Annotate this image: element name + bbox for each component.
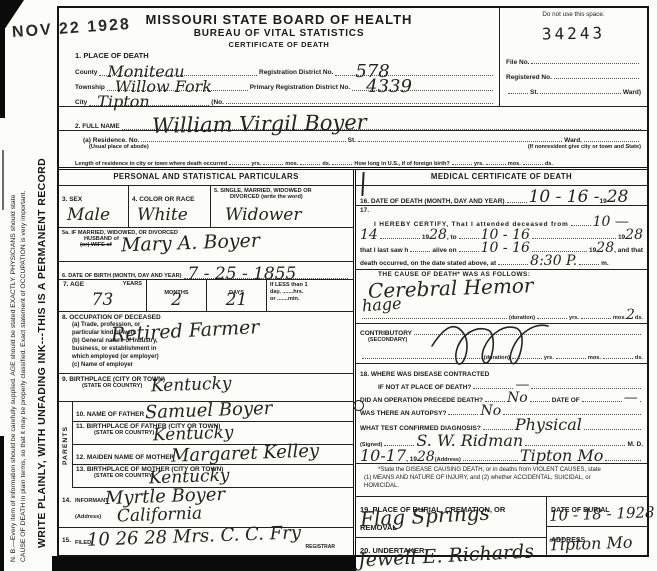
signed-address-value: Tipton Mo bbox=[520, 450, 604, 463]
house-no-label: (No. bbox=[211, 99, 224, 106]
personal-column-header: PERSONAL AND STATISTICAL PARTICULARS bbox=[59, 170, 353, 186]
file-no-field bbox=[531, 61, 639, 64]
informant-row: 14. INFORMANT Myrtle Boyer (Address) Cal… bbox=[59, 488, 353, 528]
less-label-1: If LESS than 1 bbox=[270, 282, 350, 289]
county-label: County bbox=[75, 69, 97, 76]
sex-cell: 3. SEX Male bbox=[59, 186, 129, 227]
occupation-c-label: (c) Name of employer bbox=[62, 361, 350, 369]
form-top-section: MISSOURI STATE BOARD OF HEALTH BUREAU OF… bbox=[59, 8, 647, 107]
less-label-2: day, .......hrs. bbox=[270, 289, 350, 296]
parents-side-label-cell: PARENTS bbox=[59, 402, 73, 488]
occupation-row: 8. OCCUPATION OF DECEASED (a) Trade, pro… bbox=[59, 312, 353, 374]
city-row: City Tipton (No. bbox=[75, 91, 495, 106]
attended-from-year: 28 bbox=[429, 230, 447, 241]
footnote-line-1: *State the DISEASE CAUSING DEATH, or in … bbox=[364, 466, 639, 474]
ward-field bbox=[540, 91, 621, 94]
if-not-label: IF NOT AT PLACE OF DEATH? bbox=[360, 384, 471, 391]
county-row: County Moniteau Registration District No… bbox=[75, 61, 495, 76]
disease-contracted-row: 18. WHERE WAS DISEASE CONTRACTED IF NOT … bbox=[356, 364, 647, 464]
scan-artifact-bottom-bar bbox=[52, 556, 356, 571]
howlong-ds-field bbox=[523, 162, 543, 165]
certify-line-3: that I last saw h alive on 10 - 16 19 28… bbox=[360, 241, 643, 254]
cause-dur-gap-2 bbox=[581, 316, 611, 319]
medical-column-header: MEDICAL CERTIFICATE OF DEATH bbox=[356, 170, 647, 186]
full-name-value: William Virgil Boyer bbox=[152, 114, 367, 135]
to-label: , to bbox=[447, 234, 457, 241]
stray-circle-mark bbox=[353, 400, 364, 411]
board-title: MISSOURI STATE BOARD OF HEALTH bbox=[59, 12, 499, 27]
certify-gap-2 bbox=[380, 236, 420, 239]
place-of-death-section: 1. PLACE OF DEATH County Moniteau Regist… bbox=[59, 51, 499, 106]
file-no-row: File No. bbox=[506, 51, 641, 66]
age-less-cell: If LESS than 1 day, .......hrs. or .....… bbox=[267, 280, 353, 311]
age-months-value: 2 bbox=[147, 294, 206, 308]
howlong-mos-field bbox=[486, 162, 506, 165]
signed-date-line: 10-17 , 19 28 (Address) Tipton Mo bbox=[360, 448, 643, 463]
cause-footnote: *State the DISEASE CAUSING DEATH, or in … bbox=[356, 464, 647, 496]
length-mos-field bbox=[263, 162, 283, 165]
birthplace-row: 9. BIRTHPLACE (CITY OR TOWN) (STATE OR C… bbox=[59, 374, 353, 402]
operation-gap bbox=[485, 399, 505, 402]
full-name-label: 2. FULL NAME bbox=[75, 123, 120, 130]
ward-label: Ward) bbox=[623, 89, 641, 96]
contributory-row: CONTRIBUTORY (SECONDARY) (duration) yrs.… bbox=[356, 324, 647, 364]
residence-label: (a) Residence. No. bbox=[83, 137, 139, 144]
parents-side-label: PARENTS bbox=[62, 426, 69, 465]
dod-year-value: 28 bbox=[607, 191, 629, 205]
year-printed-1: 19 bbox=[422, 234, 429, 241]
dob-label: 6. DATE OF BIRTH (MONTH, DAY AND YEAR) bbox=[62, 273, 182, 279]
time-gap bbox=[498, 262, 528, 265]
footnote-line-3: HOMICIDAL. bbox=[364, 482, 639, 490]
mother-name-row: 12. MAIDEN NAME OF MOTHER Margaret Kelle… bbox=[73, 445, 353, 465]
margin-note-nb: N. B.—Every item of information should b… bbox=[9, 191, 28, 562]
certificate-form: MISSOURI STATE BOARD OF HEALTH BUREAU OF… bbox=[57, 6, 649, 557]
age-years-cell: 7. AGE YEARS 73 bbox=[59, 280, 147, 311]
contrib-mos-label: mos. bbox=[588, 355, 601, 361]
and-that-label: , and that bbox=[614, 247, 643, 254]
cause-ds-label: ds. bbox=[635, 315, 643, 321]
st-label: St. bbox=[530, 89, 538, 96]
scan-artifact-left-edge-mid bbox=[2, 150, 4, 210]
sex-race-marital-row: 3. SEX Male 4. COLOR OR RACE White 5. SI… bbox=[59, 186, 353, 228]
contributory-duration-line: (duration) yrs. mos. ds. bbox=[360, 355, 643, 361]
primary-registration-value: 4339 bbox=[366, 80, 412, 94]
full-name-field: William Virgil Boyer bbox=[122, 113, 641, 130]
undertaker-address-value: Tipton Mo bbox=[549, 536, 633, 552]
burial-place-value: Flag Springs bbox=[360, 505, 490, 528]
attended-from-value-2: 14 bbox=[360, 230, 378, 241]
dob-field: 7 - 25 - 1855 bbox=[184, 264, 348, 279]
contrib-dur-gap-1 bbox=[512, 356, 542, 359]
date-of-death-label: 16. DATE OF DEATH (MONTH, DAY AND YEAR) bbox=[360, 198, 505, 205]
last-saw-value: 10 - 16 bbox=[481, 243, 530, 254]
age-months-cell: MONTHS 2 bbox=[147, 280, 207, 311]
test-line: WHAT TEST CONFIRMED DIAGNOSIS? Physical bbox=[360, 417, 643, 432]
last-saw-gap-2 bbox=[459, 249, 479, 252]
city-field: Tipton bbox=[89, 93, 209, 106]
burial-place-cell: 19. PLACE OF BURIAL, CREMATION, OR REMOV… bbox=[356, 497, 546, 538]
signed-address-gap-2 bbox=[605, 458, 641, 461]
marital-value: Widower bbox=[225, 209, 301, 223]
filed-row: 15. FILED 10 26 28 Mrs. C. C. Fry REGIST… bbox=[59, 528, 353, 555]
undertaker-value: Jewell E. Richards bbox=[358, 544, 535, 568]
place-of-death-heading: 1. PLACE OF DEATH bbox=[75, 51, 495, 60]
attended-to-year: 28 bbox=[625, 230, 643, 241]
alive-on-label: alive on bbox=[432, 247, 456, 254]
mother-name-value: Margaret Kelley bbox=[171, 444, 320, 464]
signed-year-printed: , 19 bbox=[406, 456, 417, 463]
contrib-dur-gap-2 bbox=[556, 356, 586, 359]
father-birthplace-value: Kentucky bbox=[153, 427, 234, 443]
primary-registration-field: 4339 bbox=[352, 78, 493, 91]
certify-gap-1 bbox=[571, 223, 591, 226]
if-not-gap-2 bbox=[531, 386, 641, 389]
if-not-line: IF NOT AT PLACE OF DEATH? — bbox=[360, 378, 643, 391]
time-gap-2 bbox=[579, 262, 599, 265]
certify-gap-3 bbox=[459, 236, 479, 239]
registered-no-label: Registered No. bbox=[506, 74, 552, 81]
columns: PERSONAL AND STATISTICAL PARTICULARS 3. … bbox=[59, 167, 647, 555]
nonresident-note: (If nonresident give city or town and St… bbox=[528, 144, 641, 154]
occupation-b-label-3: which employed (or employer) bbox=[62, 353, 350, 361]
marital-label-2: DIVORCED (write the word) bbox=[214, 194, 350, 200]
abode-row: (Usual place of abode) (If nonresident g… bbox=[59, 144, 647, 154]
age-row: 7. AGE YEARS 73 MONTHS 2 DAYS 21 If LESS… bbox=[59, 280, 353, 312]
registration-district-label: Registration District No. bbox=[259, 69, 333, 76]
last-saw-label: that I last saw h bbox=[360, 247, 408, 254]
operation-label: DID AN OPERATION PRECEDE DEATH? bbox=[360, 397, 483, 404]
st-ward-row: St. Ward) bbox=[506, 81, 641, 96]
certify-gap-4 bbox=[532, 236, 616, 239]
death-certificate-scan: NOV 22 1928 WRITE PLAINLY, WITH UNFADING… bbox=[0, 0, 657, 571]
signed-address-gap bbox=[463, 458, 518, 461]
test-gap-2 bbox=[584, 427, 641, 430]
date-of-death-value: 10 - 16 - bbox=[529, 191, 600, 205]
registered-no-field bbox=[554, 76, 639, 79]
dod-gap bbox=[507, 200, 527, 203]
less-label-3: or .......min. bbox=[270, 296, 350, 303]
father-name-row: 10. NAME OF FATHER Samuel Boyer bbox=[73, 402, 353, 422]
residence-st-label: St. bbox=[348, 137, 356, 144]
dob-row: 6. DATE OF BIRTH (MONTH, DAY AND YEAR) 7… bbox=[59, 262, 353, 280]
marital-cell: 5. SINGLE, MARRIED, WIDOWED OR DIVORCED … bbox=[211, 186, 353, 227]
length-ds-field bbox=[300, 162, 320, 165]
burial-date-value: 10 - 18 - 1928 bbox=[549, 506, 655, 522]
filed-value: 10 26 28 Mrs. C. C. Fry bbox=[87, 526, 301, 548]
certify-label: I HEREBY CERTIFY, That I attended deceas… bbox=[360, 221, 569, 228]
test-value: Physical bbox=[515, 419, 582, 432]
howlong-yrs-field bbox=[452, 162, 472, 165]
scan-artifact-left-edge-bottom bbox=[0, 436, 4, 571]
do-not-use-label: Do not use this space. bbox=[506, 11, 641, 18]
undertaker-address-cell: ADDRESS Tipton Mo bbox=[547, 527, 647, 556]
medical-column: MEDICAL CERTIFICATE OF DEATH 16. DATE OF… bbox=[353, 170, 647, 555]
informant-address-label: (Address) bbox=[75, 514, 101, 520]
residence-st-field bbox=[358, 139, 562, 142]
occupation-b-label-2: business, or establishment in bbox=[62, 345, 350, 353]
signed-year-value: 28 bbox=[417, 452, 435, 463]
registered-no-row: Registered No. bbox=[506, 66, 641, 81]
signed-address-label: (Address) bbox=[435, 457, 461, 463]
informant-number: 14. bbox=[62, 497, 71, 504]
contrib-ds-label: ds. bbox=[635, 355, 643, 361]
registrar-label: REGISTRAR bbox=[306, 544, 335, 550]
township-label: Township bbox=[75, 84, 105, 91]
autopsy-label: WAS THERE AN AUTOPSY? bbox=[360, 410, 446, 417]
contrib-dur-gap-3 bbox=[603, 356, 633, 359]
date-of-death-row: 16. DATE OF DEATH (MONTH, DAY AND YEAR) … bbox=[356, 186, 647, 206]
burial-date-cell: DATE OF BURIAL 10 - 18 - 1928 bbox=[547, 497, 647, 527]
where-contracted-label: 18. WHERE WAS DISEASE CONTRACTED bbox=[360, 371, 489, 378]
m-label: m. bbox=[601, 260, 609, 267]
age-years-value: 73 bbox=[59, 294, 146, 308]
residence-ward-label: Ward. bbox=[564, 137, 582, 144]
attended-from-value: 10 — bbox=[593, 217, 629, 228]
death-time-value: 8:30 P. bbox=[530, 256, 577, 267]
personal-column: PERSONAL AND STATISTICAL PARTICULARS 3. … bbox=[59, 170, 353, 555]
last-saw-gap-3 bbox=[532, 249, 587, 252]
sex-value: Male bbox=[67, 209, 110, 223]
race-value: White bbox=[137, 209, 188, 223]
house-no-field bbox=[226, 101, 493, 104]
registration-district-field: 578 bbox=[335, 63, 493, 76]
md-label: M. D. bbox=[627, 441, 643, 448]
contributory-label: CONTRIBUTORY bbox=[360, 330, 412, 337]
length-yrs-field bbox=[229, 162, 249, 165]
last-saw-gap bbox=[410, 249, 430, 252]
informant-address: California bbox=[117, 508, 203, 525]
informant-label: INFORMANT bbox=[75, 498, 109, 504]
contrib-yrs-label: yrs. bbox=[544, 355, 554, 361]
primary-registration-label: Primary Registration District No. bbox=[250, 84, 350, 91]
where-contracted-line: 18. WHERE WAS DISEASE CONTRACTED bbox=[360, 365, 643, 378]
operation-line: DID AN OPERATION PRECEDE DEATH? No DATE … bbox=[360, 391, 643, 404]
father-name-value: Samuel Boyer bbox=[145, 402, 273, 421]
date-of-value: — bbox=[624, 393, 638, 404]
operation-value: No bbox=[507, 393, 528, 404]
parents-section: PARENTS 10. NAME OF FATHER Samuel Boyer … bbox=[59, 402, 353, 488]
birthplace-value: Kentucky bbox=[151, 378, 232, 394]
contrib-duration-label: (duration) bbox=[484, 355, 510, 361]
cause-days-value: 2 bbox=[626, 310, 635, 321]
margin-note-write-plainly: WRITE PLAINLY, WITH UNFADING INK---THIS … bbox=[36, 158, 48, 548]
full-name-row: 2. FULL NAME William Virgil Boyer bbox=[59, 107, 647, 131]
filed-number: 15. bbox=[62, 537, 71, 544]
race-cell: 4. COLOR OR RACE White bbox=[129, 186, 211, 227]
city-label: City bbox=[75, 99, 87, 106]
township-row: Township Willow Fork Primary Registratio… bbox=[75, 76, 495, 91]
burial-section: 19. PLACE OF BURIAL, CREMATION, OR REMOV… bbox=[356, 496, 647, 555]
autopsy-value: No bbox=[480, 406, 501, 417]
death-occurred-label: death occurred, on the date stated above… bbox=[360, 260, 496, 267]
doc-type-title: CERTIFICATE OF DEATH bbox=[59, 40, 499, 49]
sex-label: 3. SEX bbox=[62, 196, 82, 203]
howlong-gap bbox=[332, 162, 352, 165]
certificate-number: 34243 bbox=[506, 23, 641, 44]
margin-note-nb-line1: N. B.—Every item of information should b… bbox=[9, 191, 19, 562]
contrib-dur-gap-0 bbox=[362, 356, 482, 359]
cause-mos-label: mos. bbox=[613, 315, 626, 321]
last-saw-year: 28 bbox=[596, 243, 614, 254]
undertaker-cell: 20. UNDERTAKER Jewell E. Richards bbox=[356, 538, 546, 560]
age-days-cell: DAYS 21 bbox=[207, 280, 267, 311]
operation-gap-2 bbox=[530, 399, 550, 402]
do-not-use-box: Do not use this space. 34243 File No. Re… bbox=[499, 8, 647, 106]
signed-date-value: 10-17 bbox=[360, 450, 406, 463]
spouse-value: Mary A. Boyer bbox=[121, 234, 260, 254]
residence-no-field bbox=[141, 139, 345, 142]
informant-name: Myrtle Boyer bbox=[105, 488, 225, 507]
st-field bbox=[508, 91, 528, 94]
certify-line-4: death occurred, on the date stated above… bbox=[360, 254, 643, 267]
abode-label: (Usual place of abode) bbox=[89, 144, 149, 154]
physician-signature: S. W. Ridman bbox=[416, 435, 523, 448]
township-field: Willow Fork bbox=[107, 78, 248, 91]
residence-ward-field bbox=[584, 139, 639, 142]
autopsy-gap bbox=[448, 412, 478, 415]
age-days-value: 21 bbox=[207, 294, 266, 308]
mother-name-label: 12. MAIDEN NAME OF MOTHER bbox=[76, 454, 174, 461]
title-block: MISSOURI STATE BOARD OF HEALTH BUREAU OF… bbox=[59, 8, 499, 51]
bureau-subtitle: BUREAU OF VITAL STATISTICS bbox=[59, 28, 499, 39]
date-of-label: DATE OF bbox=[552, 397, 580, 404]
footnote-line-2: (1) MEANS AND NATURE OF INJURY, and (2) … bbox=[364, 474, 639, 482]
race-label: 4. COLOR OR RACE bbox=[132, 196, 194, 203]
if-not-gap bbox=[473, 386, 513, 389]
dod-year-printed: 19 bbox=[600, 198, 607, 205]
certification-row: 17. I HEREBY CERTIFY, That I attended de… bbox=[356, 206, 647, 270]
date-of-gap-2 bbox=[640, 399, 641, 402]
test-gap bbox=[483, 427, 513, 430]
spouse-row: 5a. IF MARRIED, WIDOWED, OR DIVORCED HUS… bbox=[59, 228, 353, 262]
length-of-residence-row: Length of residence in city or town wher… bbox=[59, 154, 647, 167]
autopsy-line: WAS THERE AN AUTOPSY? No bbox=[360, 404, 643, 417]
county-field: Moniteau bbox=[99, 63, 257, 76]
father-name-label: 10. NAME OF FATHER bbox=[76, 411, 144, 418]
scan-artifact-left-edge-top bbox=[0, 0, 5, 118]
file-no-label: File No. bbox=[506, 59, 529, 66]
margin-note-nb-line2: CAUSE OF DEATH in plain terms, so that i… bbox=[19, 191, 29, 562]
date-of-gap bbox=[582, 399, 622, 402]
